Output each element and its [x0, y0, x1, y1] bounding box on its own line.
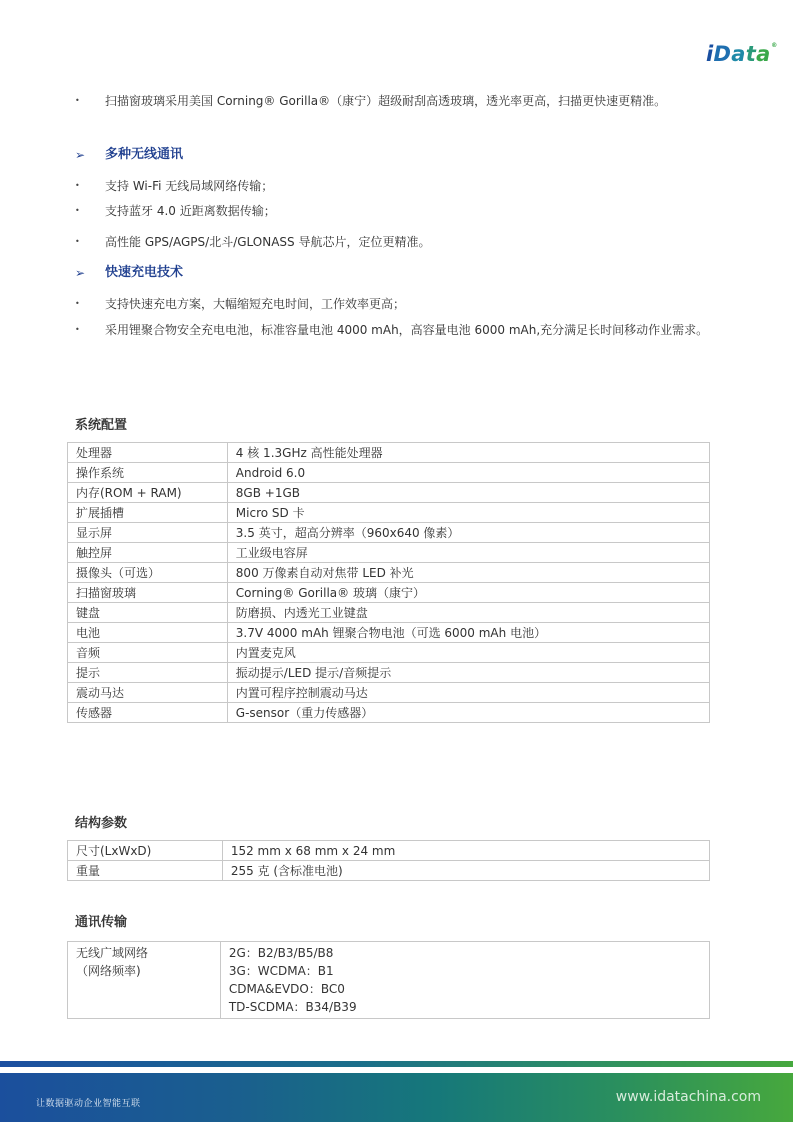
idata-logo: iData® [706, 42, 771, 66]
table-row: 震动马达内置可程序控制震动马达 [68, 683, 710, 703]
table-row: 电池3.7V 4000 mAh 锂聚合物电池（可选 6000 mAh 电池） [68, 623, 710, 643]
section-title-structure: 结构参数 [75, 812, 127, 831]
table-row: 摄像头（可选）800 万像素自动对焦带 LED 补光 [68, 563, 710, 583]
table-row: 键盘防磨损、内透光工业键盘 [68, 603, 710, 623]
section-title-system-config: 系统配置 [75, 414, 127, 433]
table-row: 音频内置麦克风 [68, 643, 710, 663]
footer-stripe [0, 1061, 793, 1067]
system-config-table: 处理器4 核 1.3GHz 高性能处理器 操作系统Android 6.0 内存(… [67, 442, 710, 723]
arrow-icon: ➢ [75, 144, 85, 166]
table-row: 处理器4 核 1.3GHz 高性能处理器 [68, 443, 710, 463]
table-row: 操作系统Android 6.0 [68, 463, 710, 483]
table-row: 传感器G-sensor（重力传感器） [68, 703, 710, 723]
table-row: 提示振动提示/LED 提示/音频提示 [68, 663, 710, 683]
structure-table: 尺寸(LxWxD)152 mm x 68 mm x 24 mm 重量255 克 … [67, 840, 710, 881]
table-row: 尺寸(LxWxD)152 mm x 68 mm x 24 mm [68, 841, 710, 861]
footer-website-link[interactable]: www.idatachina.com [616, 1089, 761, 1105]
table-row: 重量255 克 (含标准电池) [68, 861, 710, 881]
bullet-icon: • [75, 231, 83, 253]
registered-mark: ® [771, 42, 777, 49]
table-row: 扫描窗玻璃Corning® Gorilla® 玻璃（康宁） [68, 583, 710, 603]
table-row: 无线广域网络 （网络频率) 2G：B2/B3/B5/B8 3G：WCDMA：B1… [68, 942, 710, 1019]
table-row: 触控屏工业级电容屏 [68, 543, 710, 563]
bullet-icon: • [75, 200, 83, 222]
table-row: 显示屏3.5 英寸，超高分辨率（960x640 像素） [68, 523, 710, 543]
bullet-icon: • [75, 90, 83, 112]
bullet-icon: • [75, 175, 83, 197]
footer-slogan: 让数据驱动企业智能互联 [36, 1096, 141, 1109]
bullet-icon: • [75, 293, 83, 315]
table-row: 内存(ROM + RAM)8GB +1GB [68, 483, 710, 503]
table-row: 扩展插槽Micro SD 卡 [68, 503, 710, 523]
communication-table: 无线广域网络 （网络频率) 2G：B2/B3/B5/B8 3G：WCDMA：B1… [67, 941, 710, 1019]
section-title-communication: 通讯传输 [75, 911, 127, 930]
arrow-icon: ➢ [75, 262, 85, 284]
footer: 让数据驱动企业智能互联 www.idatachina.com [0, 1073, 793, 1122]
bullet-icon: • [75, 319, 83, 341]
